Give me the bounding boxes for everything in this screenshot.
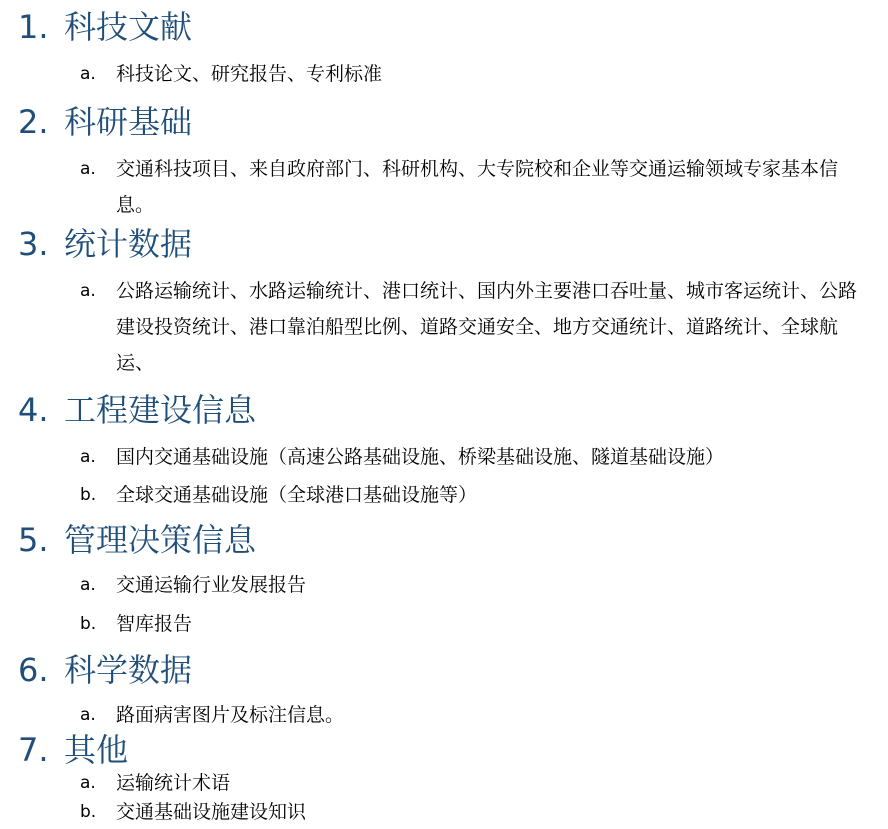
item-label: a. <box>80 567 96 603</box>
section-7-item-b: b.交通基础设施建设知识 <box>80 797 870 827</box>
section-4-heading: 4.工程建设信息 <box>18 392 256 428</box>
item-label: a. <box>80 273 96 309</box>
section-7-heading: 7.其他 <box>18 732 128 768</box>
section-5-heading: 5.管理决策信息 <box>18 522 256 558</box>
section-1-item-a: a.科技论文、研究报告、专利标准 <box>80 56 860 92</box>
section-title: 科技文献 <box>64 8 192 46</box>
item-label: a. <box>80 151 96 187</box>
item-label: a. <box>80 439 96 475</box>
section-number: 5. <box>18 522 64 558</box>
item-label: a. <box>80 768 96 798</box>
section-7-item-a: a.运输统计术语 <box>80 768 870 798</box>
section-number: 2. <box>18 104 64 140</box>
item-text: 国内交通基础设施（高速公路基础设施、桥梁基础设施、隧道基础设施） <box>116 439 870 475</box>
section-title: 统计数据 <box>64 225 192 263</box>
section-title: 管理决策信息 <box>64 521 256 559</box>
section-5-item-b: b.智库报告 <box>80 606 870 642</box>
item-text: 交通运输行业发展报告 <box>116 567 870 603</box>
item-text: 科技论文、研究报告、专利标准 <box>116 56 860 92</box>
section-6-heading: 6.科学数据 <box>18 652 192 688</box>
section-title: 工程建设信息 <box>64 391 256 429</box>
section-4-item-a: a.国内交通基础设施（高速公路基础设施、桥梁基础设施、隧道基础设施） <box>80 439 870 475</box>
section-2-heading: 2.科研基础 <box>18 104 192 140</box>
section-number: 3. <box>18 226 64 262</box>
item-text: 运输统计术语 <box>116 768 870 798</box>
item-label: a. <box>80 56 96 92</box>
section-number: 6. <box>18 652 64 688</box>
section-3-heading: 3.统计数据 <box>18 226 192 262</box>
section-number: 4. <box>18 392 64 428</box>
item-text: 交通科技项目、来自政府部门、科研机构、大专院校和企业等交通运输领域专家基本信息。 <box>116 151 870 223</box>
item-label: b. <box>80 606 96 642</box>
section-6-item-a: a.路面病害图片及标注信息。 <box>80 697 870 733</box>
section-3-item-a: a.公路运输统计、水路运输统计、港口统计、国内外主要港口吞吐量、城市客运统计、公… <box>80 273 870 381</box>
item-label: b. <box>80 477 96 513</box>
item-text: 交通基础设施建设知识 <box>116 797 870 827</box>
section-5-item-a: a.交通运输行业发展报告 <box>80 567 870 603</box>
section-1-heading: 1.科技文献 <box>18 9 192 45</box>
item-text: 智库报告 <box>116 606 870 642</box>
item-text: 全球交通基础设施（全球港口基础设施等） <box>116 477 870 513</box>
section-title: 科学数据 <box>64 651 192 689</box>
item-text: 公路运输统计、水路运输统计、港口统计、国内外主要港口吞吐量、城市客运统计、公路建… <box>116 273 870 381</box>
section-number: 7. <box>18 732 64 768</box>
item-label: a. <box>80 697 96 733</box>
section-4-item-b: b.全球交通基础设施（全球港口基础设施等） <box>80 477 870 513</box>
section-title: 其他 <box>64 731 128 769</box>
item-label: b. <box>80 797 96 827</box>
item-text: 路面病害图片及标注信息。 <box>116 697 870 733</box>
section-number: 1. <box>18 9 64 45</box>
section-title: 科研基础 <box>64 103 192 141</box>
section-2-item-a: a.交通科技项目、来自政府部门、科研机构、大专院校和企业等交通运输领域专家基本信… <box>80 151 870 223</box>
